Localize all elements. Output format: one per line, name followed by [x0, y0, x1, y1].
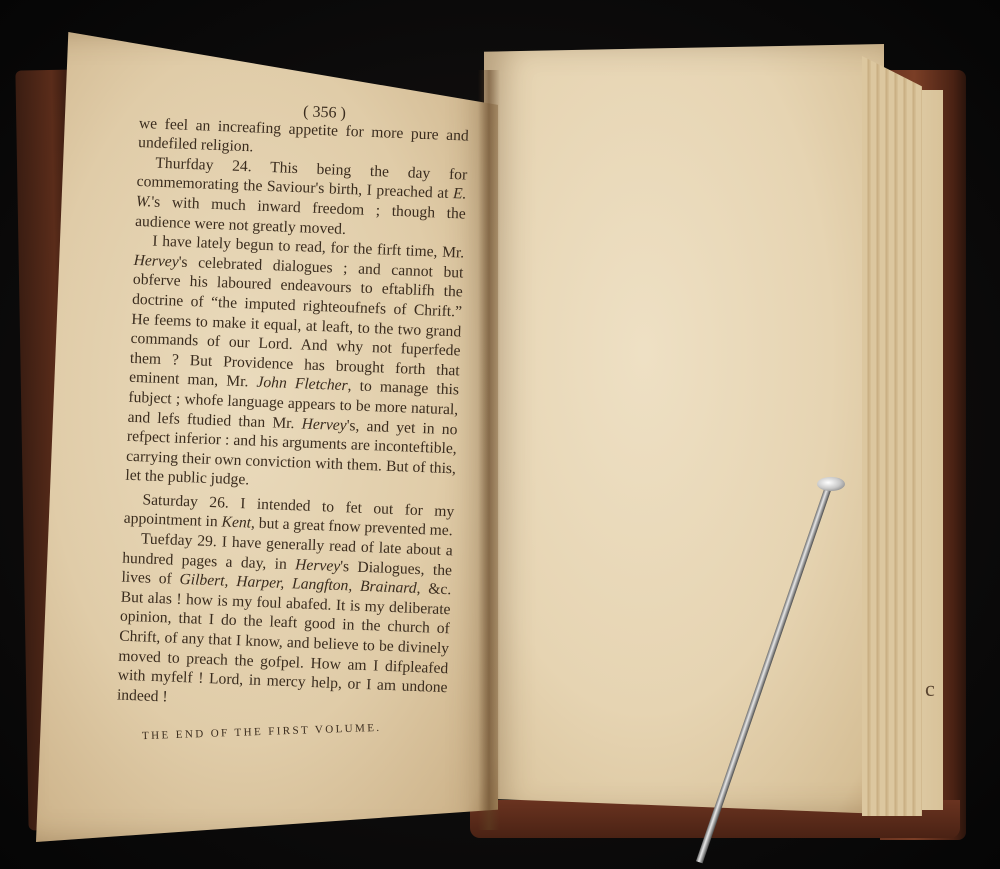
- text-run: 's celebrated dialogues ; and cannot but…: [129, 253, 464, 391]
- pointer-tip: [817, 477, 845, 491]
- paragraph: I have lately begun to read, for the fir…: [125, 231, 465, 498]
- page-text-block: ( 356 ) we feel an increafing appetite f…: [117, 96, 470, 718]
- italic-text: John Fletcher: [256, 374, 348, 394]
- paragraphs: we feel an increafing appetite for more …: [117, 114, 469, 718]
- margin-mark: c: [925, 676, 935, 702]
- italic-text: Hervey: [301, 415, 347, 434]
- right-page-blank: [484, 44, 884, 814]
- page-edges: [862, 56, 922, 816]
- italic-text: Hervey: [295, 556, 341, 575]
- italic-text: Hervey: [133, 252, 179, 271]
- book-gutter: [478, 70, 500, 830]
- paragraph: Tuefday 29. I have generally read of lat…: [117, 529, 454, 718]
- text-run: , &c. But alas ! how is my foul abafed. …: [117, 580, 452, 705]
- paragraph: Thurfday 24. This being the day for comm…: [135, 153, 468, 244]
- italic-text: Kent: [221, 514, 251, 532]
